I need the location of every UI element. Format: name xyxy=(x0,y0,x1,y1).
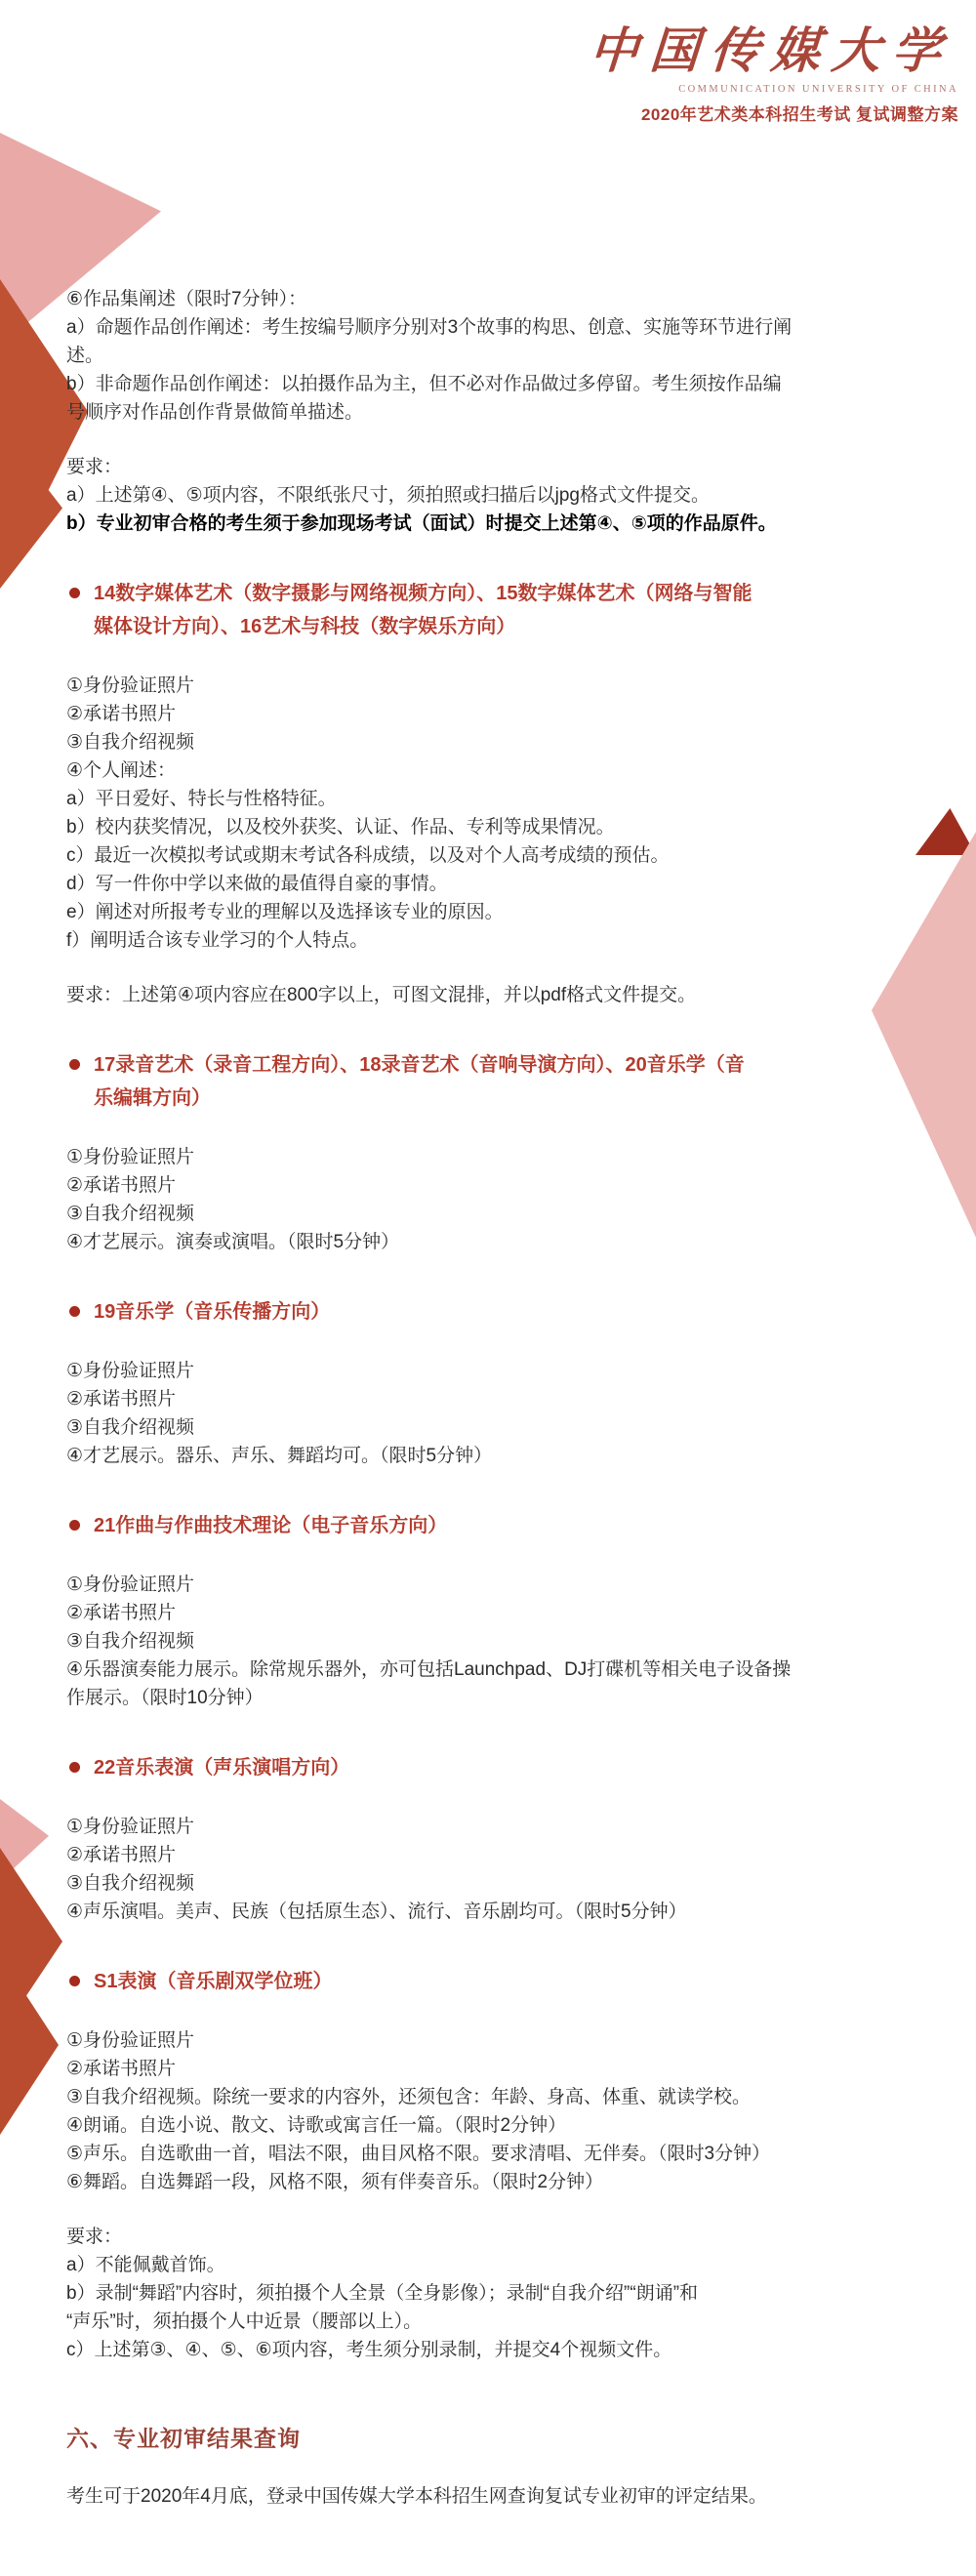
text-line: ②承诺书照片 xyxy=(66,2055,927,2083)
text-line: ②承诺书照片 xyxy=(66,1841,927,1869)
text-line: b）非命题作品创作阐述：以拍摄作品为主，但不必对作品做过多停留。考生须按作品编 xyxy=(66,370,927,398)
text-line: ③自我介绍视频 xyxy=(66,1869,927,1898)
text-line: c）最近一次模拟考试或期末考试各科成绩，以及对个人高考成绩的预估。 xyxy=(66,841,927,870)
text-line: ①身份验证照片 xyxy=(66,1571,927,1599)
text-line: S1表演（音乐剧双学位班） xyxy=(94,1965,927,1998)
text-line: ①身份验证照片 xyxy=(66,1357,927,1385)
text-line: 乐编辑方向） xyxy=(94,1082,927,1115)
text-line: ⑤声乐。自选歌曲一首，唱法不限，曲目风格不限。要求清唱、无伴奏。（限时3分钟） xyxy=(66,2140,927,2168)
section-bullet-icon xyxy=(69,1976,80,1986)
text-line: b）专业初审合格的考生须于参加现场考试（面试）时提交上述第④、⑤项的作品原件。 xyxy=(66,510,927,538)
document-page: 中国传媒大学 COMMUNICATION UNIVERSITY OF CHINA… xyxy=(0,0,976,2576)
section-19-items: ①身份验证照片②承诺书照片③自我介绍视频④才艺展示。器乐、声乐、舞蹈均可。（限时… xyxy=(66,1357,927,1470)
text-line: ②承诺书照片 xyxy=(66,1385,927,1413)
text-line: ④个人阐述： xyxy=(66,756,927,785)
requirements-group-1: 要求：a）上述第④、⑤项内容，不限纸张尺寸，须拍照或扫描后以jpg格式文件提交。… xyxy=(66,453,927,538)
section-22-items: ①身份验证照片②承诺书照片③自我介绍视频④声乐演唱。美声、民族（包括原生态）、流… xyxy=(66,1813,927,1926)
section-s1-heading: S1表演（音乐剧双学位班） xyxy=(66,1965,927,1998)
requirements-group-2: 要求：上述第④项内容应在800字以上，可图文混排，并以pdf格式文件提交。 xyxy=(66,981,927,1009)
text-line: ②承诺书照片 xyxy=(66,1171,927,1200)
section-bullet-icon xyxy=(69,1520,80,1531)
text-line: ③自我介绍视频 xyxy=(66,1627,927,1656)
text-line: 14数字媒体艺术（数字摄影与网络视频方向）、15数字媒体艺术（网络与智能 xyxy=(94,577,927,610)
text-line: 要求： xyxy=(66,453,927,481)
section-22-heading: 22音乐表演（声乐演唱方向） xyxy=(66,1751,927,1784)
text-line: a）上述第④、⑤项内容，不限纸张尺寸，须拍照或扫描后以jpg格式文件提交。 xyxy=(66,481,927,510)
text-line: ④声乐演唱。美声、民族（包括原生态）、流行、音乐剧均可。（限时5分钟） xyxy=(66,1898,927,1926)
text-line: 媒体设计方向）、16艺术与科技（数字娱乐方向） xyxy=(94,610,927,643)
text-line: 21作曲与作曲技术理论（电子音乐方向） xyxy=(94,1509,927,1542)
text-line: 作展示。（限时10分钟） xyxy=(66,1684,927,1712)
document-body: ⑥作品集阐述（限时7分钟）：a）命题作品创作阐述：考生按编号顺序分别对3个故事的… xyxy=(0,0,976,2511)
text-line: 19音乐学（音乐传播方向） xyxy=(94,1295,927,1329)
section-17-18-20-items: ①身份验证照片②承诺书照片③自我介绍视频④才艺展示。演奏或演唱。（限时5分钟） xyxy=(66,1143,927,1256)
text-line: a）平日爱好、特长与性格特征。 xyxy=(66,785,927,813)
text-line: ③自我介绍视频 xyxy=(66,1413,927,1442)
portfolio-statement-paragraph: ⑥作品集阐述（限时7分钟）：a）命题作品创作阐述：考生按编号顺序分别对3个故事的… xyxy=(66,285,927,427)
text-line: ③自我介绍视频 xyxy=(66,1200,927,1228)
text-line: ④才艺展示。器乐、声乐、舞蹈均可。（限时5分钟） xyxy=(66,1442,927,1470)
text-line: 号顺序对作品创作背景做简单描述。 xyxy=(66,398,927,427)
text-line: ④才艺展示。演奏或演唱。（限时5分钟） xyxy=(66,1228,927,1256)
text-line: 要求：上述第④项内容应在800字以上，可图文混排，并以pdf格式文件提交。 xyxy=(66,981,927,1009)
text-line: a）命题作品创作阐述：考生按编号顺序分别对3个故事的构思、创意、实施等环节进行阐 xyxy=(66,313,927,342)
text-line: ③自我介绍视频 xyxy=(66,728,927,756)
section-bullet-icon xyxy=(69,1059,80,1070)
text-line: b）校内获奖情况，以及校外获奖、认证、作品、专利等成果情况。 xyxy=(66,813,927,841)
text-line: 要求： xyxy=(66,2223,927,2251)
text-line: ⑥作品集阐述（限时7分钟）： xyxy=(66,285,927,313)
text-line: d）写一件你中学以来做的最值得自豪的事情。 xyxy=(66,870,927,898)
section-bullet-icon xyxy=(69,1306,80,1317)
text-line: ①身份验证照片 xyxy=(66,672,927,700)
section-17-18-20-heading: 17录音艺术（录音工程方向）、18录音艺术（音响导演方向）、20音乐学（音乐编辑… xyxy=(66,1048,927,1115)
text-line: ⑥舞蹈。自选舞蹈一段，风格不限，须有伴奏音乐。（限时2分钟） xyxy=(66,2168,927,2196)
text-line: ①身份验证照片 xyxy=(66,2026,927,2055)
text-line: 六、专业初审结果查询 xyxy=(66,2419,927,2458)
text-line: a）不能佩戴首饰。 xyxy=(66,2251,927,2279)
section-14-15-16-heading: 14数字媒体艺术（数字摄影与网络视频方向）、15数字媒体艺术（网络与智能媒体设计… xyxy=(66,577,927,643)
text-line: b）录制“舞蹈”内容时，须拍摄个人全景（全身影像）；录制“自我介绍”“朗诵”和 xyxy=(66,2279,927,2308)
text-line: ②承诺书照片 xyxy=(66,1599,927,1627)
text-line: 22音乐表演（声乐演唱方向） xyxy=(94,1751,927,1784)
text-line: 考生可于2020年4月底，登录中国传媒大学本科招生网查询复试专业初审的评定结果。 xyxy=(66,2482,927,2511)
section-19-heading: 19音乐学（音乐传播方向） xyxy=(66,1295,927,1329)
text-line: ①身份验证照片 xyxy=(66,1813,927,1841)
section-21-items: ①身份验证照片②承诺书照片③自我介绍视频④乐器演奏能力展示。除常规乐器外，亦可包… xyxy=(66,1571,927,1712)
section-bullet-icon xyxy=(69,588,80,598)
text-line: e）阐述对所报考专业的理解以及选择该专业的原因。 xyxy=(66,898,927,926)
text-line: ①身份验证照片 xyxy=(66,1143,927,1171)
text-line: c）上述第③、④、⑤、⑥项内容，考生须分别录制，并提交4个视频文件。 xyxy=(66,2336,927,2364)
text-line: ③自我介绍视频。除统一要求的内容外，还须包含：年龄、身高、体重、就读学校。 xyxy=(66,2083,927,2111)
section-bullet-icon xyxy=(69,1762,80,1773)
text-line: “声乐”时，须拍摄个人中近景（腰部以上）。 xyxy=(66,2308,927,2336)
requirements-group-3: 要求：a）不能佩戴首饰。b）录制“舞蹈”内容时，须拍摄个人全景（全身影像）；录制… xyxy=(66,2223,927,2364)
text-line: 述。 xyxy=(66,342,927,370)
text-line: ④朗诵。自选小说、散文、诗歌或寓言任一篇。（限时2分钟） xyxy=(66,2111,927,2140)
section-s1-items: ①身份验证照片②承诺书照片③自我介绍视频。除统一要求的内容外，还须包含：年龄、身… xyxy=(66,2026,927,2196)
text-line: ④乐器演奏能力展示。除常规乐器外，亦可包括Launchpad、DJ打碟机等相关电… xyxy=(66,1656,927,1684)
text-line: 17录音艺术（录音工程方向）、18录音艺术（音响导演方向）、20音乐学（音 xyxy=(94,1048,927,1082)
section-six-result-query-body: 考生可于2020年4月底，登录中国传媒大学本科招生网查询复试专业初审的评定结果。 xyxy=(66,2482,927,2511)
section-21-heading: 21作曲与作曲技术理论（电子音乐方向） xyxy=(66,1509,927,1542)
section-14-15-16-items: ①身份验证照片②承诺书照片③自我介绍视频④个人阐述：a）平日爱好、特长与性格特征… xyxy=(66,672,927,955)
text-line: f）阐明适合该专业学习的个人特点。 xyxy=(66,926,927,955)
text-line: ②承诺书照片 xyxy=(66,700,927,728)
section-six-result-query-heading: 六、专业初审结果查询 xyxy=(66,2419,927,2458)
